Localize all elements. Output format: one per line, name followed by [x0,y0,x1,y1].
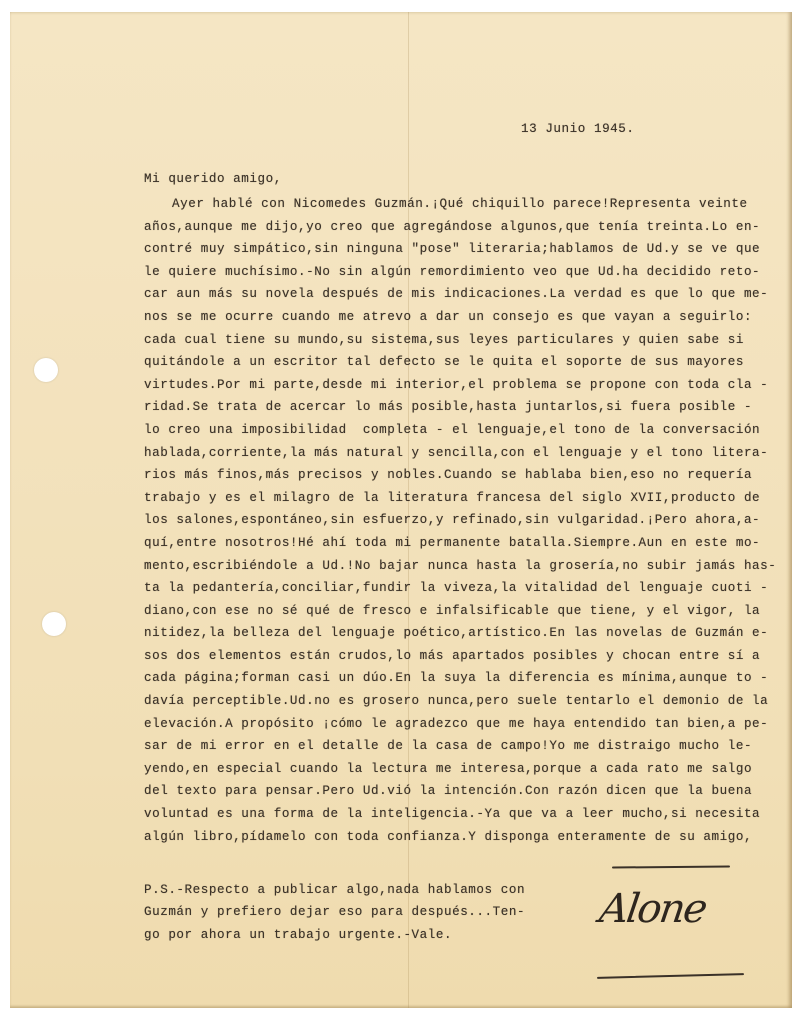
letter-body-line: algún libro,pídamelo con toda confianza.… [144,826,776,849]
letter-body-line: lo creo una imposibilidad completa - el … [144,419,776,442]
letter-body-line: trabajo y es el milagro de la literatura… [144,487,776,510]
letter-body-line: del texto para pensar.Pero Ud.vió la int… [144,780,776,803]
postscript-line: P.S.-Respecto a publicar algo,nada habla… [144,879,525,901]
letter-body-line: los salones,espontáneo,sin esfuerzo,y re… [144,509,776,532]
letter-body-line: sar de mi error en el detalle de la casa… [144,735,776,758]
letter-body-line: voluntad es una forma de la inteligencia… [144,803,776,826]
postscript-line: go por ahora un trabajo urgente.-Vale. [144,924,525,946]
letter-body-line: quitándole a un escritor tal defecto se … [144,351,776,374]
letter-salutation: Mi querido amigo, [144,172,282,186]
letter-body-line: contré muy simpático,sin ninguna "pose" … [144,238,776,261]
letter-postscript: P.S.-Respecto a publicar algo,nada habla… [144,879,525,946]
letter-body-line: yendo,en especial cuando la lectura me i… [144,758,776,781]
letter-body-line: nitidez,la belleza del lenguaje poético,… [144,622,776,645]
letter-body-line: ta la pedantería,conciliar,fundir la viv… [144,577,776,600]
letter-body-line: elevación.A propósito ¡cómo le agradezco… [144,713,776,736]
letter-body-line: diano,con ese no sé qué de fresco e infa… [144,600,776,623]
letter-body-line: le quiere muchísimo.-No sin algún remord… [144,261,776,284]
letter-body-line: rios más finos,más precisos y nobles.Cua… [144,464,776,487]
letter-body-line: quí,entre nosotros!Hé ahí toda mi perman… [144,532,776,555]
letter-body-line: davía perceptible.Ud.no es grosero nunca… [144,690,776,713]
letter-body-line: sos dos elementos están crudos,lo más ap… [144,645,776,668]
letter-body-line: cada cual tiene su mundo,su sistema,sus … [144,329,776,352]
letter-body-line: virtudes.Por mi parte,desde mi interior,… [144,374,776,397]
postscript-line: Guzmán y prefiero dejar eso para después… [144,901,525,923]
letter-body-line: Ayer hablé con Nicomedes Guzmán.¡Qué chi… [144,193,776,216]
punch-hole-top [34,358,58,382]
handwritten-signature: Alone [597,886,709,932]
letter-date: 13 Junio 1945. [521,122,635,136]
letter-body-line: cada página;forman casi un dúo.En la suy… [144,667,776,690]
letter-body-line: hablada,corriente,la más natural y senci… [144,442,776,465]
letter-body-line: nos se me ocurre cuando me atrevo a dar … [144,306,776,329]
letter-body-line: car aun más su novela después de mis ind… [144,283,776,306]
letter-body-line: mento,escribiéndole a Ud.!No bajar nunca… [144,555,776,578]
letter-body: Ayer hablé con Nicomedes Guzmán.¡Qué chi… [144,193,776,848]
punch-hole-bottom [42,612,66,636]
letter-body-line: años,aunque me dijo,yo creo que agregánd… [144,216,776,239]
letter-body-line: ridad.Se trata de acercar lo más posible… [144,396,776,419]
